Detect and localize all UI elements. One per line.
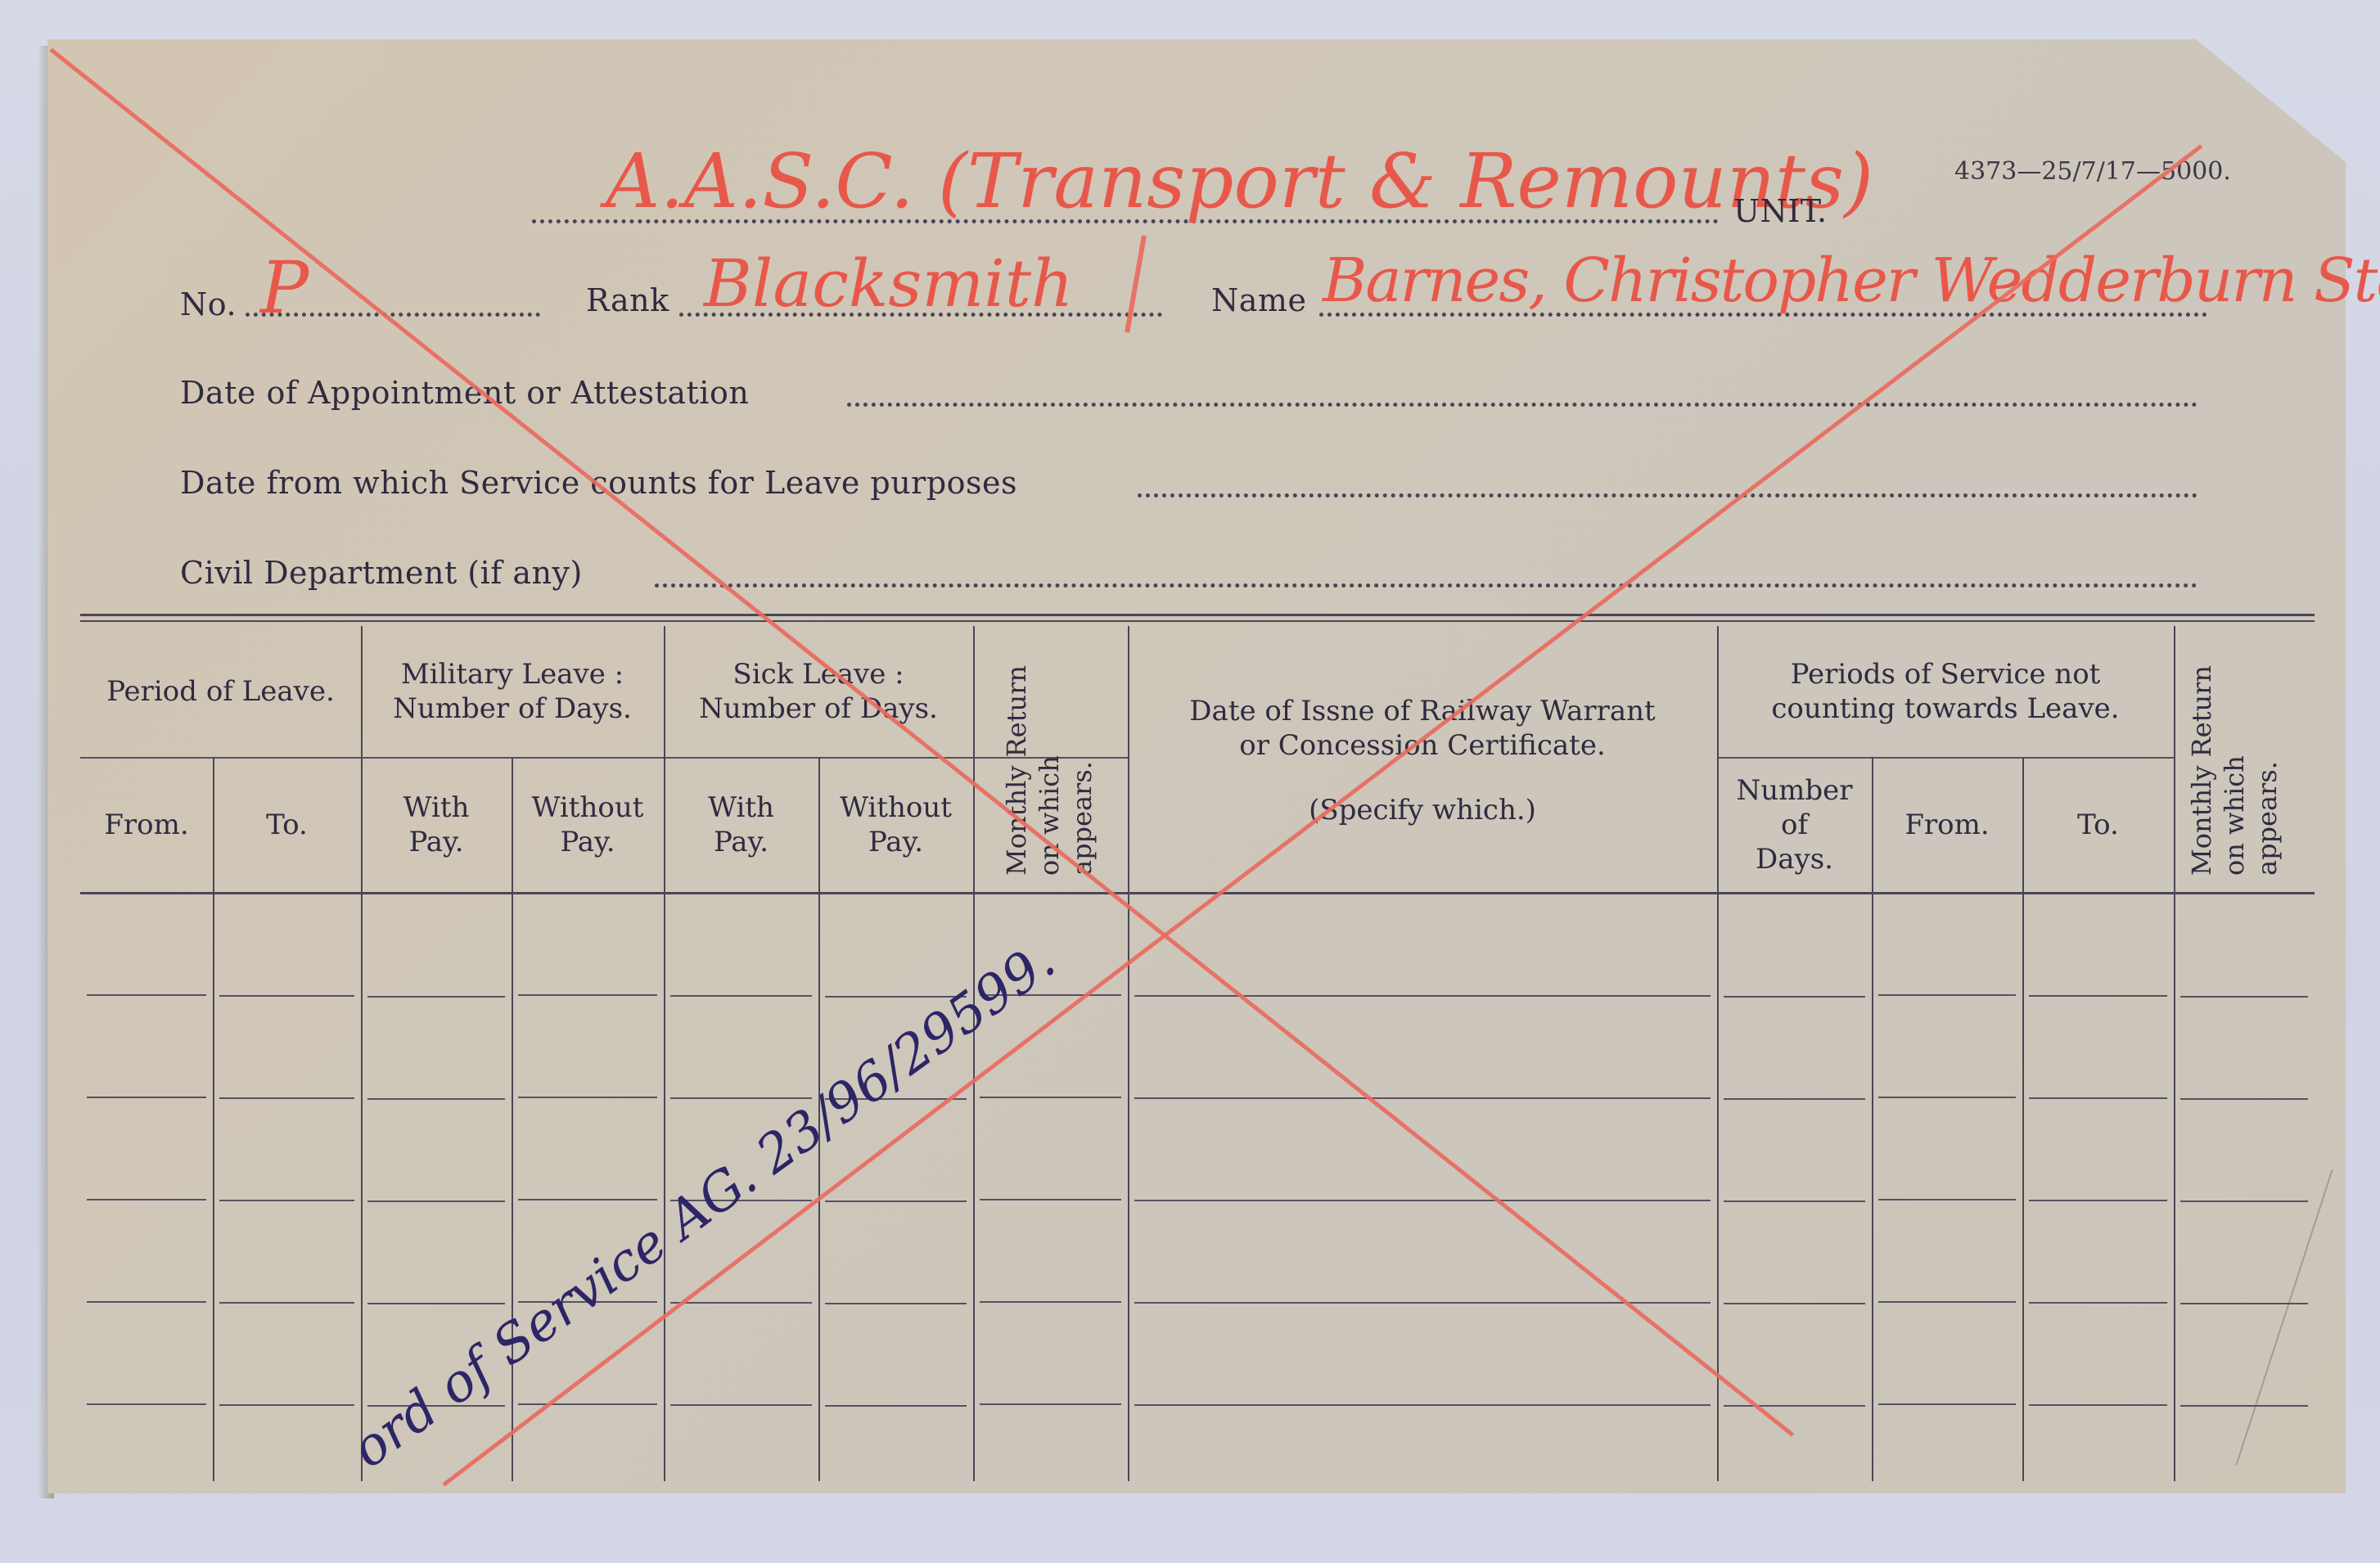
table-cell[interactable] — [1872, 1097, 2022, 1199]
table-cell[interactable] — [512, 994, 664, 1097]
sick-without-pay-line1: Without — [840, 791, 952, 825]
monthly-return-1-line3: appears. — [1066, 665, 1098, 876]
table-cell[interactable] — [361, 1199, 512, 1301]
table-cell[interactable] — [361, 1097, 512, 1199]
subheader-sick-without-pay: Without Pay. — [818, 757, 973, 892]
railway-warrant-line2: or Concession Certificate. — [1239, 728, 1606, 763]
table-cell[interactable] — [1717, 894, 1872, 994]
table-cell[interactable] — [1128, 1199, 1717, 1301]
header-period-of-leave: Period of Leave. — [80, 626, 361, 757]
civil-department-label: Civil Department (if any) — [180, 555, 583, 591]
table-cell[interactable] — [1128, 994, 1717, 1097]
table-cell[interactable] — [973, 1097, 1128, 1199]
table-cell[interactable] — [80, 994, 213, 1097]
subheader-number-of-days: Number of Days. — [1717, 757, 1872, 892]
number-of-days-line2: of — [1781, 808, 1808, 842]
table-top-rule — [80, 614, 2315, 616]
header-military-leave-line1: Military Leave : — [401, 657, 624, 691]
table-cell[interactable] — [213, 894, 361, 994]
table-cell[interactable] — [2174, 894, 2315, 994]
table-cell[interactable] — [818, 1199, 973, 1301]
table-top-rule-2 — [80, 620, 2315, 622]
table-cell[interactable] — [1128, 1301, 1717, 1403]
form-reference: 4373—25/7/17—5000. — [1954, 157, 2231, 186]
table-cell[interactable] — [2022, 1301, 2174, 1403]
number-label: No. — [180, 286, 237, 322]
header-monthly-return-2: Monthly Return on which appears. — [2185, 665, 2283, 876]
railway-warrant-line1: Date of Issne of Railway Warrant — [1189, 694, 1655, 728]
table-cell[interactable] — [213, 1097, 361, 1199]
table-cell[interactable] — [973, 1403, 1128, 1481]
sick-with-pay-line2: Pay. — [714, 825, 769, 859]
table-cell[interactable] — [80, 894, 213, 994]
table-cell[interactable] — [818, 1403, 973, 1481]
name-label: Name — [1211, 282, 1306, 318]
header-military-leave: Military Leave : Number of Days. — [361, 626, 664, 757]
table-cell[interactable] — [664, 894, 818, 994]
table-cell[interactable] — [80, 1403, 213, 1481]
periods-not-counting-line2: counting towards Leave. — [1771, 691, 2119, 726]
table-cell[interactable] — [361, 894, 512, 994]
mil-with-pay-line2: Pay. — [408, 825, 463, 859]
table-cell[interactable] — [80, 1097, 213, 1199]
subheader-military-with-pay: With Pay. — [361, 757, 512, 892]
table-cell[interactable] — [664, 994, 818, 1097]
table-cell[interactable] — [1128, 1403, 1717, 1481]
table-cell[interactable] — [818, 1301, 973, 1403]
table-cell[interactable] — [2022, 1097, 2174, 1199]
table-cell[interactable] — [664, 1301, 818, 1403]
table-cell[interactable] — [2174, 994, 2315, 1097]
header-sick-leave-line2: Number of Days. — [699, 691, 938, 726]
monthly-return-2-line2: on which — [2218, 665, 2251, 876]
mil-without-pay-line2: Pay. — [560, 825, 615, 859]
name-value[interactable]: Barnes, Christopher Wedderburn Stephen — [1323, 245, 2380, 316]
header-sick-leave: Sick Leave : Number of Days. — [664, 626, 973, 757]
table-cell[interactable] — [1717, 1301, 1872, 1403]
table-cell[interactable] — [973, 1301, 1128, 1403]
table-cell[interactable] — [512, 1097, 664, 1199]
table-cell[interactable] — [1872, 1199, 2022, 1301]
subheader-sick-with-pay: With Pay. — [664, 757, 818, 892]
table-cell[interactable] — [2022, 994, 2174, 1097]
unit-label: UNIT. — [1733, 193, 1828, 229]
mil-with-pay-line1: With — [403, 791, 470, 825]
table-cell[interactable] — [213, 1199, 361, 1301]
monthly-return-1-line1: Monthly Return — [1000, 665, 1033, 876]
subheader-to: To. — [213, 757, 361, 892]
header-periods-not-counting: Periods of Service not counting towards … — [1717, 642, 2174, 741]
table-cell[interactable] — [213, 1403, 361, 1481]
number-value[interactable]: P — [260, 245, 309, 330]
table-cell[interactable] — [1717, 1097, 1872, 1199]
header-military-leave-line2: Number of Days. — [393, 691, 632, 726]
table-cell[interactable] — [1872, 1403, 2022, 1481]
table-cell[interactable] — [818, 894, 973, 994]
table-cell[interactable] — [1128, 1097, 1717, 1199]
date-of-appointment-field[interactable] — [847, 403, 2197, 407]
table-cell[interactable] — [973, 1199, 1128, 1301]
date-service-counts-field[interactable] — [1138, 493, 2197, 498]
table-cell[interactable] — [664, 1403, 818, 1481]
mil-without-pay-line1: Without — [532, 791, 644, 825]
table-cell[interactable] — [2174, 1097, 2315, 1199]
table-cell[interactable] — [1717, 1199, 1872, 1301]
table-cell[interactable] — [80, 1199, 213, 1301]
header-railway-warrant: Date of Issne of Railway Warrant or Conc… — [1128, 679, 1717, 777]
table-cell[interactable] — [512, 894, 664, 994]
table-cell[interactable] — [1717, 994, 1872, 1097]
periods-not-counting-line1: Periods of Service not — [1791, 657, 2101, 691]
civil-department-field[interactable] — [655, 583, 2197, 588]
rank-label: Rank — [586, 282, 669, 318]
table-cell[interactable] — [2022, 1403, 2174, 1481]
subheader-from: From. — [80, 757, 213, 892]
monthly-return-2-line3: appears. — [2251, 665, 2283, 876]
unit-value[interactable]: A.A.S.C. (Transport & Remounts) — [606, 137, 1873, 225]
subheader-military-without-pay: Without Pay. — [512, 757, 664, 892]
table-cell[interactable] — [1872, 1301, 2022, 1403]
sick-without-pay-line2: Pay. — [868, 825, 923, 859]
table-cell[interactable] — [213, 1301, 361, 1403]
sick-with-pay-line1: With — [708, 791, 774, 825]
table-cell[interactable] — [2022, 1199, 2174, 1301]
header-railway-specify: (Specify which.) — [1128, 786, 1717, 835]
subheader-pns-to: To. — [2022, 757, 2174, 892]
table-cell[interactable] — [2174, 1301, 2315, 1403]
number-of-days-line3: Days. — [1756, 842, 1833, 876]
rank-value[interactable]: Blacksmith — [704, 245, 1074, 322]
table-cell[interactable] — [1872, 994, 2022, 1097]
table-cell[interactable] — [361, 994, 512, 1097]
subheader-pns-from: From. — [1872, 757, 2022, 892]
table-cell[interactable] — [80, 1301, 213, 1403]
number-of-days-line1: Number — [1736, 773, 1852, 808]
table-cell[interactable] — [213, 994, 361, 1097]
table-cell[interactable] — [1872, 894, 2022, 994]
monthly-return-2-line1: Monthly Return — [2185, 665, 2218, 876]
table-cell[interactable] — [1717, 1403, 1872, 1481]
table-cell[interactable] — [2022, 894, 2174, 994]
